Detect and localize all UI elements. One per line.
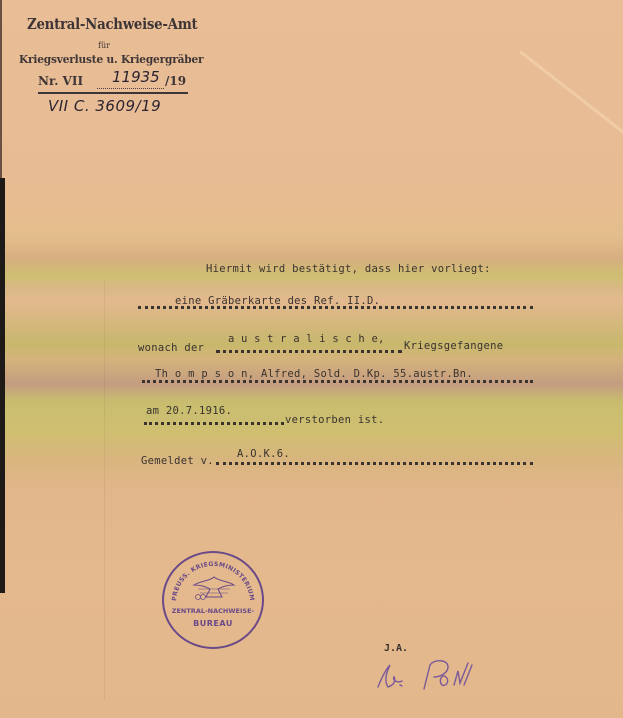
dotted-line xyxy=(216,350,402,353)
line2-suffix: Kriegsgefangene xyxy=(404,340,503,352)
line5-prefix: Gemeldet v. xyxy=(141,455,214,467)
reference-year: /19 xyxy=(165,74,186,88)
office-title: Zentral-Nachweise-Amt xyxy=(27,16,197,33)
handwritten-reference: VII C. 3609/19 xyxy=(48,97,161,115)
page-edge-shadow xyxy=(0,0,2,178)
header-rule xyxy=(38,92,188,94)
line4-suffix: verstorben ist. xyxy=(285,414,384,426)
line3-fill: Th o m p s o n, Alfred, Sold. D.Kp. 55.a… xyxy=(155,368,473,380)
dotted-line xyxy=(216,462,533,465)
reference-dotline xyxy=(97,88,164,89)
reference-label: Nr. VII xyxy=(38,74,83,88)
line5-fill: A.O.K.6. xyxy=(237,448,290,460)
office-subtitle: Kriegsverluste u. Kriegergräber xyxy=(19,52,203,66)
confirmation-text: Hiermit wird bestätigt, dass hier vorlie… xyxy=(206,263,491,275)
eagle-icon xyxy=(192,575,236,601)
office-fur: für xyxy=(98,41,110,50)
ministry-stamp: PREUSS. KRIEGSMINISTERIUM ZENTRAL-NACHWE… xyxy=(162,551,264,649)
stamp-line1: ZENTRAL-NACHWEISE- xyxy=(164,607,262,615)
dotted-line xyxy=(138,306,533,309)
line2-fill: a u s t r a l i s c h e, xyxy=(228,333,385,345)
line2-prefix: wonach der xyxy=(138,342,204,354)
page-edge-shadow xyxy=(0,178,5,593)
dotted-line xyxy=(144,422,284,425)
stamp-line2: BUREAU xyxy=(164,619,262,628)
handwritten-signature xyxy=(372,655,492,695)
line4-fill: am 20.7.1916. xyxy=(146,405,232,417)
reference-number: 11935 xyxy=(112,68,160,86)
paper-crease xyxy=(104,280,105,700)
dotted-line xyxy=(142,380,533,383)
signature-ja: J.A. xyxy=(384,643,408,654)
